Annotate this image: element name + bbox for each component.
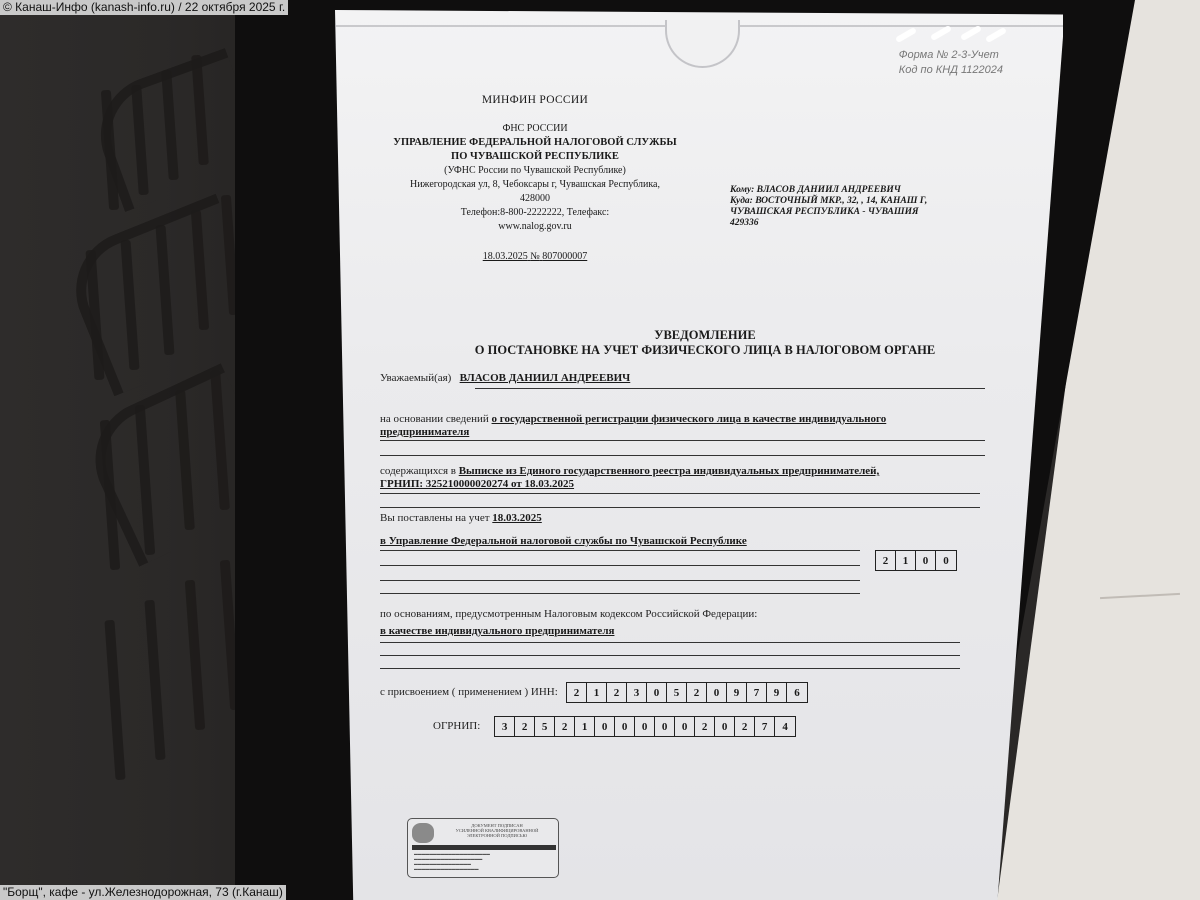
inn-label: с присвоением ( применением ) ИНН:	[380, 686, 558, 698]
form-line	[380, 593, 860, 594]
digit-cell: 9	[727, 683, 747, 702]
electronic-signature-stamp: ДОКУМЕНТ ПОДПИСАН УСИЛЕННОЙ КВАЛИФИЦИРОВ…	[407, 818, 559, 878]
light-glare	[930, 25, 952, 41]
light-glare	[985, 27, 1007, 43]
recipient-name: Кому: ВЛАСОВ ДАНИИЛ АНДРЕЕВИЧ	[730, 185, 970, 196]
form-line	[380, 655, 960, 656]
digit-cell: 7	[747, 683, 767, 702]
recipient-postcode: 429336	[730, 218, 970, 229]
digit-cell: 5	[535, 717, 555, 736]
digit-cell: 0	[595, 717, 615, 736]
form-line	[380, 668, 960, 669]
stamp-body: ▬▬▬▬▬▬▬▬▬▬▬▬▬▬▬▬▬▬▬▬▬▬▬▬▬▬▬▬▬▬▬▬▬▬▬▬▬▬▬▬…	[414, 852, 554, 872]
digit-cell: 4	[775, 717, 795, 736]
issuer-phone: Телефон:8-800-2222222, Телефакс:	[385, 206, 685, 220]
tax-authority-name: в Управление Федеральной налоговой служб…	[380, 535, 747, 547]
authority-code: 2100	[875, 550, 957, 571]
inn-value: 212305209796	[566, 682, 808, 703]
stamp-header-line: ЭЛЕКТРОННОЙ ПОДПИСЬЮ	[438, 833, 556, 838]
contained-label: содержащихся в	[380, 465, 456, 477]
service-name: ФНС РОССИИ	[385, 122, 685, 136]
stamp-header: ДОКУМЕНТ ПОДПИСАН УСИЛЕННОЙ КВАЛИФИЦИРОВ…	[438, 823, 556, 838]
digit-cell: 0	[936, 551, 956, 570]
issuer-block: МИНФИН РОССИИ ФНС РОССИИ УПРАВЛЕНИЕ ФЕДЕ…	[385, 93, 685, 264]
coat-of-arms-icon	[412, 823, 434, 843]
department-name: УПРАВЛЕНИЕ ФЕДЕРАЛЬНОЙ НАЛОГОВОЙ СЛУЖБЫ	[385, 136, 685, 150]
tax-notification-document: Форма № 2-3-Учет Код по КНД 1122024 МИНФ…	[335, 10, 1063, 900]
contained-value: Выписке из Единого государственного реес…	[459, 465, 880, 477]
digit-cell: 1	[896, 551, 916, 570]
title-line-2: О ПОСТАНОВКЕ НА УЧЕТ ФИЗИЧЕСКОГО ЛИЦА В …	[395, 343, 1015, 358]
copyright-caption: © Канаш-Инфо (kanash-info.ru) / 22 октяб…	[0, 0, 288, 15]
digit-cell: 2	[735, 717, 755, 736]
digit-cell: 2	[515, 717, 535, 736]
greeting-name: ВЛАСОВ ДАНИИЛ АНДРЕЕВИЧ	[460, 372, 631, 384]
digit-cell: 5	[667, 683, 687, 702]
grounds-label: по основаниям, предусмотренным Налоговым…	[380, 608, 757, 620]
location-caption: "Борщ", кафе - ул.Железнодорожная, 73 (г…	[0, 885, 286, 900]
digit-cell: 2	[567, 683, 587, 702]
greeting-label: Уважаемый(ая)	[380, 372, 451, 384]
ministry-name: МИНФИН РОССИИ	[385, 93, 685, 107]
recipient-region: ЧУВАШСКАЯ РЕСПУБЛИКА - ЧУВАШИЯ	[730, 207, 970, 218]
ogrnip-value: 325210000020274	[494, 716, 796, 737]
inn-row: с присвоением ( применением ) ИНН: 21230…	[380, 682, 808, 703]
document-number: 807000007	[542, 251, 587, 262]
department-short-name: (УФНС России по Чувашской Республике)	[385, 164, 685, 178]
ogrnip-label: ОГРНИП:	[433, 720, 480, 732]
digit-cell: 1	[575, 717, 595, 736]
document-reference: 18.03.2025 № 807000007	[385, 250, 685, 264]
knd-code: Код по КНД 1122024	[899, 63, 1003, 78]
recipient-block: Кому: ВЛАСОВ ДАНИИЛ АНДРЕЕВИЧ Куда: ВОСТ…	[730, 185, 970, 229]
digit-cell: 9	[767, 683, 787, 702]
basis-label: на основании сведений	[380, 413, 489, 425]
grounds-value: в качестве индивидуального предпринимате…	[380, 625, 614, 637]
form-line	[380, 550, 860, 551]
form-line	[380, 507, 980, 508]
railing-shadow	[104, 620, 125, 780]
digit-cell: 0	[655, 717, 675, 736]
form-line	[475, 388, 985, 389]
grounds-value-row: в качестве индивидуального предпринимате…	[380, 625, 614, 637]
digit-cell: 0	[615, 717, 635, 736]
light-glare	[895, 27, 917, 43]
digit-cell: 3	[495, 717, 515, 736]
grounds-row: по основаниям, предусмотренным Налоговым…	[380, 608, 757, 620]
grnip-value: ГРНИП: 325210000020274 от 18.03.2025	[380, 478, 574, 490]
digit-cell: 2	[687, 683, 707, 702]
issuer-address: Нижегородская ул, 8, Чебоксары г, Чувашс…	[385, 178, 685, 192]
form-line	[380, 580, 860, 581]
railing-shadow	[185, 580, 205, 730]
issuer-website: www.nalog.gov.ru	[385, 220, 685, 234]
number-sign: №	[530, 251, 540, 262]
digit-cell: 7	[755, 717, 775, 736]
digit-cell: 0	[675, 717, 695, 736]
registered-label: Вы поставлены на учет	[380, 512, 490, 524]
plastic-sleeve-notch	[665, 20, 740, 68]
digit-cell: 1	[587, 683, 607, 702]
digit-cell: 2	[555, 717, 575, 736]
form-line	[380, 440, 985, 441]
authority-row: в Управление Федеральной налоговой служб…	[380, 535, 747, 547]
form-number: Форма № 2-3-Учет	[899, 48, 1003, 63]
digit-cell: 0	[916, 551, 936, 570]
digit-cell: 0	[635, 717, 655, 736]
digit-cell: 2	[876, 551, 896, 570]
digit-cell: 2	[607, 683, 627, 702]
digit-cell: 6	[787, 683, 807, 702]
left-wall-background	[0, 0, 270, 900]
digit-cell: 2	[695, 717, 715, 736]
basis-row: на основании сведений о государственной …	[380, 413, 990, 439]
authority-code-cells: 2100	[875, 550, 957, 571]
registered-row: Вы поставлены на учет 18.03.2025	[380, 512, 542, 524]
digit-cell: 0	[707, 683, 727, 702]
contained-row: содержащихся в Выписке из Единого госуда…	[380, 465, 990, 491]
form-line	[380, 455, 985, 456]
form-line	[380, 565, 860, 566]
greeting-row: Уважаемый(ая) ВЛАСОВ ДАНИИЛ АНДРЕЕВИЧ	[380, 372, 630, 384]
department-name-cont: ПО ЧУВАШСКОЙ РЕСПУБЛИКЕ	[385, 150, 685, 164]
stamp-bar	[412, 845, 556, 850]
digit-cell: 0	[647, 683, 667, 702]
document-date: 18.03.2025	[483, 251, 528, 262]
basis-value-cont: предпринимателя	[380, 426, 469, 438]
recipient-address: Куда: ВОСТОЧНЫЙ МКР., 32, , 14, КАНАШ Г,	[730, 196, 970, 207]
document-title: УВЕДОМЛЕНИЕ О ПОСТАНОВКЕ НА УЧЕТ ФИЗИЧЕС…	[395, 328, 1015, 358]
title-line-1: УВЕДОМЛЕНИЕ	[395, 328, 1015, 343]
form-line	[380, 642, 960, 643]
digit-cell: 0	[715, 717, 735, 736]
issuer-postcode: 428000	[385, 192, 685, 206]
light-glare	[960, 25, 982, 41]
basis-value: о государственной регистрации физическог…	[492, 413, 887, 425]
wall-crack	[1100, 593, 1180, 599]
registered-date: 18.03.2025	[492, 512, 542, 524]
ogrnip-row: ОГРНИП: 325210000020274	[433, 716, 796, 737]
digit-cell: 3	[627, 683, 647, 702]
form-line	[380, 493, 980, 494]
form-code: Форма № 2-3-Учет Код по КНД 1122024	[899, 48, 1003, 78]
railing-shadow	[144, 600, 165, 760]
